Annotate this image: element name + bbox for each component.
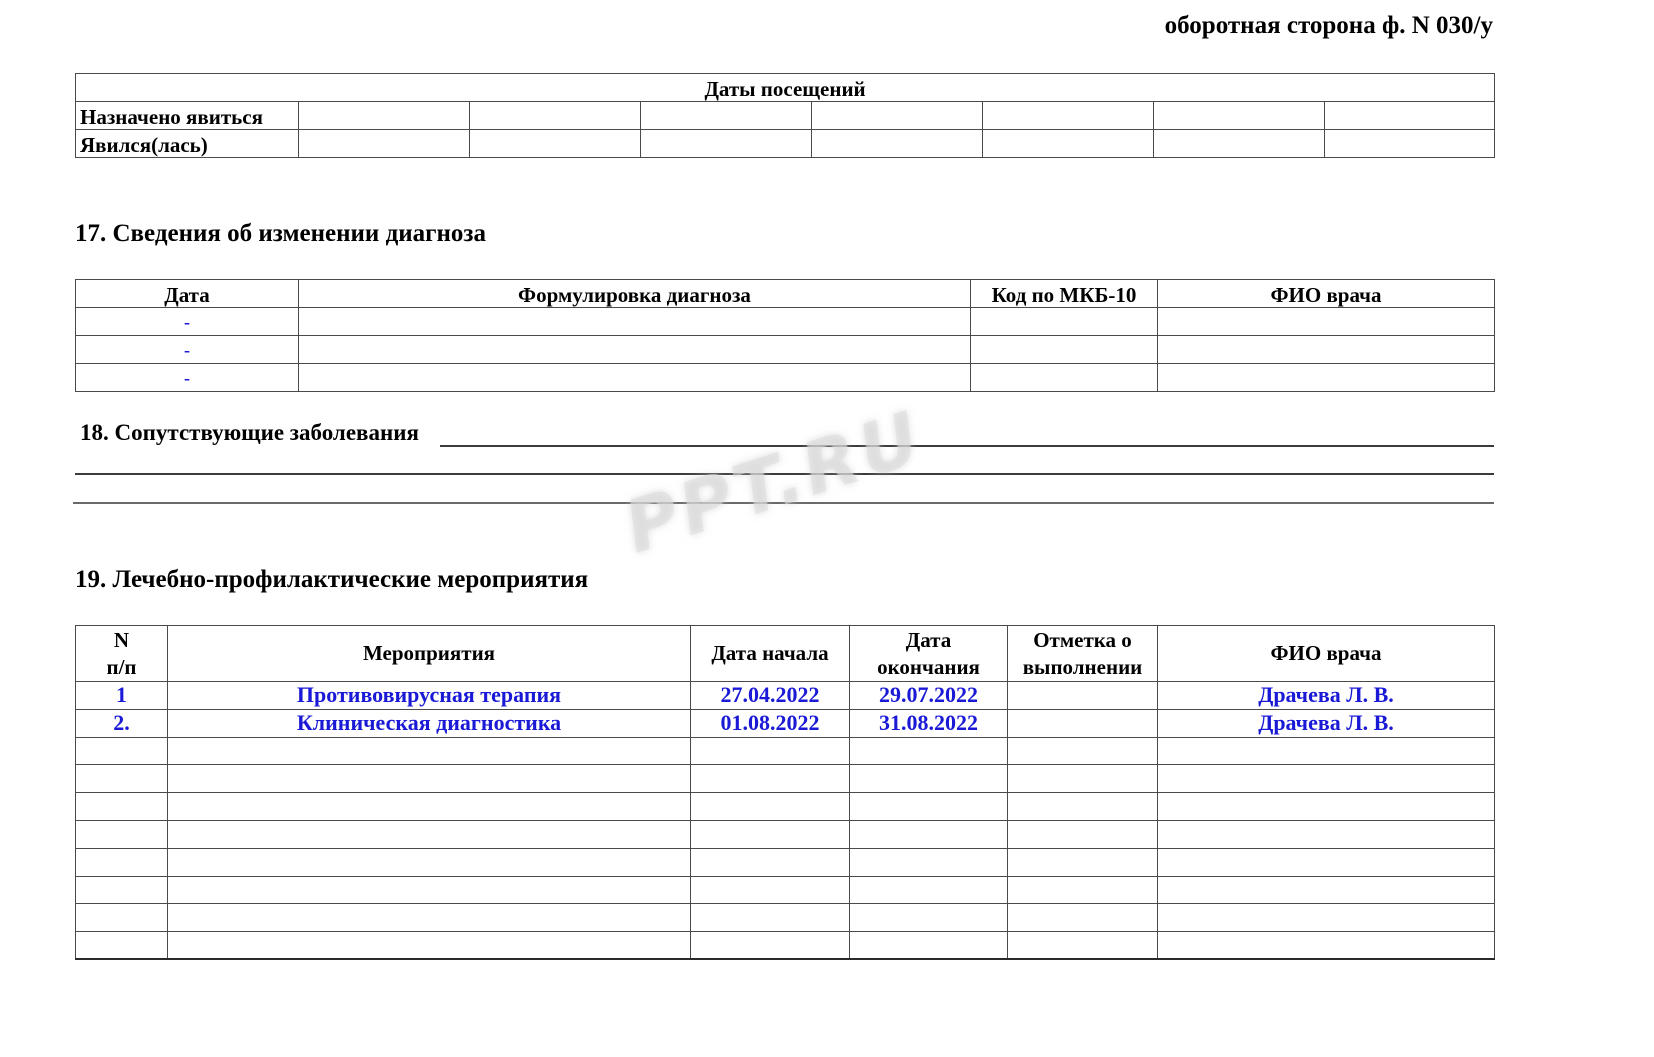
column-header-measure: Мероприятия (168, 626, 691, 682)
diagnosis-date-cell[interactable]: - (76, 364, 299, 392)
scheduled-visit-cell[interactable] (1154, 102, 1325, 130)
column-header-doctor: ФИО врача (1158, 280, 1495, 308)
doctor-cell[interactable] (1158, 848, 1495, 876)
end-date-cell[interactable] (850, 820, 1008, 848)
start-date-cell[interactable] (691, 904, 850, 932)
start-date-cell[interactable] (691, 932, 850, 960)
scheduled-visit-cell[interactable] (299, 102, 470, 130)
visit-dates-table: Даты посещений Назначено явиться Явился(… (75, 73, 1495, 158)
icd10-cell[interactable] (971, 336, 1158, 364)
table-row: - (76, 336, 1495, 364)
doctor-cell[interactable] (1158, 336, 1495, 364)
comorbidities-line-1[interactable] (440, 445, 1494, 447)
table-row (76, 820, 1495, 848)
measure-number-cell[interactable]: 2. (76, 709, 168, 737)
measure-number-cell[interactable]: 1 (76, 682, 168, 710)
comorbidities-line-2[interactable] (75, 473, 1494, 475)
diagnosis-date-cell[interactable]: - (76, 308, 299, 336)
table-row (76, 876, 1495, 904)
start-date-cell[interactable] (691, 820, 850, 848)
completion-mark-cell[interactable] (1008, 682, 1158, 710)
measure-number-cell[interactable] (76, 876, 168, 904)
attended-visit-cell[interactable] (983, 130, 1154, 158)
table-row: 1Противовирусная терапия27.04.202229.07.… (76, 682, 1495, 710)
attended-visit-cell[interactable] (812, 130, 983, 158)
scheduled-visit-cell[interactable] (1325, 102, 1495, 130)
doctor-cell[interactable] (1158, 932, 1495, 960)
end-date-cell[interactable] (850, 932, 1008, 960)
start-date-cell[interactable]: 01.08.2022 (691, 709, 850, 737)
measure-name-cell[interactable]: Клиническая диагностика (168, 709, 691, 737)
scheduled-visit-label: Назначено явиться (76, 102, 299, 130)
completion-mark-cell[interactable] (1008, 932, 1158, 960)
table-row (76, 904, 1495, 932)
measure-name-cell[interactable] (168, 793, 691, 821)
start-date-cell[interactable] (691, 876, 850, 904)
measure-name-cell[interactable] (168, 820, 691, 848)
icd10-cell[interactable] (971, 308, 1158, 336)
scheduled-visit-cell[interactable] (641, 102, 812, 130)
attended-visit-cell[interactable] (299, 130, 470, 158)
start-date-cell[interactable] (691, 765, 850, 793)
end-date-cell[interactable]: 31.08.2022 (850, 709, 1008, 737)
column-header-mark-line1: Отметка о (1033, 628, 1132, 652)
doctor-cell[interactable] (1158, 364, 1495, 392)
completion-mark-cell[interactable] (1008, 737, 1158, 765)
completion-mark-cell[interactable] (1008, 848, 1158, 876)
table-row: Назначено явиться (76, 102, 1495, 130)
column-header-doctor: ФИО врача (1158, 626, 1495, 682)
column-header-number: N п/п (76, 626, 168, 682)
table-row (76, 848, 1495, 876)
doctor-cell[interactable] (1158, 876, 1495, 904)
column-header-diagnosis: Формулировка диагноза (299, 280, 971, 308)
scheduled-visit-cell[interactable] (470, 102, 641, 130)
column-header-end-line2: окончания (877, 655, 980, 679)
start-date-cell[interactable] (691, 793, 850, 821)
doctor-cell[interactable]: Драчева Л. В. (1158, 682, 1495, 710)
completion-mark-cell[interactable] (1008, 820, 1158, 848)
measure-name-cell[interactable] (168, 876, 691, 904)
diagnosis-text-cell[interactable] (299, 364, 971, 392)
measure-name-cell[interactable] (168, 932, 691, 960)
scheduled-visit-cell[interactable] (812, 102, 983, 130)
form-title: оборотная сторона ф. N 030/у (1165, 12, 1493, 40)
diagnosis-date-cell[interactable]: - (76, 336, 299, 364)
end-date-cell[interactable]: 29.07.2022 (850, 682, 1008, 710)
table-row (76, 765, 1495, 793)
completion-mark-cell[interactable] (1008, 793, 1158, 821)
table-row (76, 793, 1495, 821)
column-header-end-date: Дата окончания (850, 626, 1008, 682)
table-row (76, 737, 1495, 765)
column-header-start-date: Дата начала (691, 626, 850, 682)
measure-number-cell[interactable] (76, 820, 168, 848)
section-18-title: 18. Сопутствующие заболевания (80, 420, 419, 446)
doctor-cell[interactable] (1158, 737, 1495, 765)
attended-visit-cell[interactable] (641, 130, 812, 158)
column-header-date: Дата (76, 280, 299, 308)
column-header-mark-line2: выполнении (1023, 655, 1143, 679)
end-date-cell[interactable] (850, 848, 1008, 876)
column-header-icd10: Код по МКБ-10 (971, 280, 1158, 308)
attended-visit-label: Явился(лась) (76, 130, 299, 158)
watermark: PPT.RU (615, 395, 934, 570)
table-row (76, 932, 1495, 960)
measure-number-cell[interactable] (76, 793, 168, 821)
completion-mark-cell[interactable] (1008, 876, 1158, 904)
doctor-cell[interactable] (1158, 904, 1495, 932)
attended-visit-cell[interactable] (1154, 130, 1325, 158)
end-date-cell[interactable] (850, 765, 1008, 793)
column-header-number-line1: N (114, 628, 129, 652)
table-row: 2.Клиническая диагностика01.08.202231.08… (76, 709, 1495, 737)
doctor-cell[interactable]: Драчева Л. В. (1158, 709, 1495, 737)
measure-number-cell[interactable] (76, 904, 168, 932)
section-17-title: 17. Сведения об изменении диагноза (75, 220, 486, 248)
measure-name-cell[interactable] (168, 737, 691, 765)
measure-number-cell[interactable] (76, 932, 168, 960)
scheduled-visit-cell[interactable] (983, 102, 1154, 130)
end-date-cell[interactable] (850, 793, 1008, 821)
doctor-cell[interactable] (1158, 765, 1495, 793)
measure-number-cell[interactable] (76, 765, 168, 793)
measure-number-cell[interactable] (76, 737, 168, 765)
icd10-cell[interactable] (971, 364, 1158, 392)
attended-visit-cell[interactable] (470, 130, 641, 158)
comorbidities-line-3[interactable] (73, 502, 1494, 504)
attended-visit-cell[interactable] (1325, 130, 1495, 158)
start-date-cell[interactable] (691, 737, 850, 765)
section-19-title: 19. Лечебно-профилактические мероприятия (75, 566, 588, 594)
measure-number-cell[interactable] (76, 848, 168, 876)
measure-name-cell[interactable] (168, 765, 691, 793)
visit-dates-title: Даты посещений (76, 74, 1495, 102)
end-date-cell[interactable] (850, 904, 1008, 932)
end-date-cell[interactable] (850, 737, 1008, 765)
treatment-measures-table: N п/п Мероприятия Дата начала Дата оконч… (75, 625, 1495, 960)
end-date-cell[interactable] (850, 876, 1008, 904)
column-header-number-line2: п/п (106, 655, 136, 679)
column-header-completion-mark: Отметка о выполнении (1008, 626, 1158, 682)
table-row: - (76, 364, 1495, 392)
column-header-end-line1: Дата (906, 628, 951, 652)
start-date-cell[interactable] (691, 848, 850, 876)
table-row: - (76, 308, 1495, 336)
completion-mark-cell[interactable] (1008, 709, 1158, 737)
doctor-cell[interactable] (1158, 793, 1495, 821)
measure-name-cell[interactable] (168, 848, 691, 876)
table-row: Явился(лась) (76, 130, 1495, 158)
start-date-cell[interactable]: 27.04.2022 (691, 682, 850, 710)
completion-mark-cell[interactable] (1008, 765, 1158, 793)
measure-name-cell[interactable]: Противовирусная терапия (168, 682, 691, 710)
completion-mark-cell[interactable] (1008, 904, 1158, 932)
doctor-cell[interactable] (1158, 820, 1495, 848)
measure-name-cell[interactable] (168, 904, 691, 932)
diagnosis-text-cell[interactable] (299, 336, 971, 364)
diagnosis-changes-table: Дата Формулировка диагноза Код по МКБ-10… (75, 279, 1495, 392)
diagnosis-text-cell[interactable] (299, 308, 971, 336)
doctor-cell[interactable] (1158, 308, 1495, 336)
